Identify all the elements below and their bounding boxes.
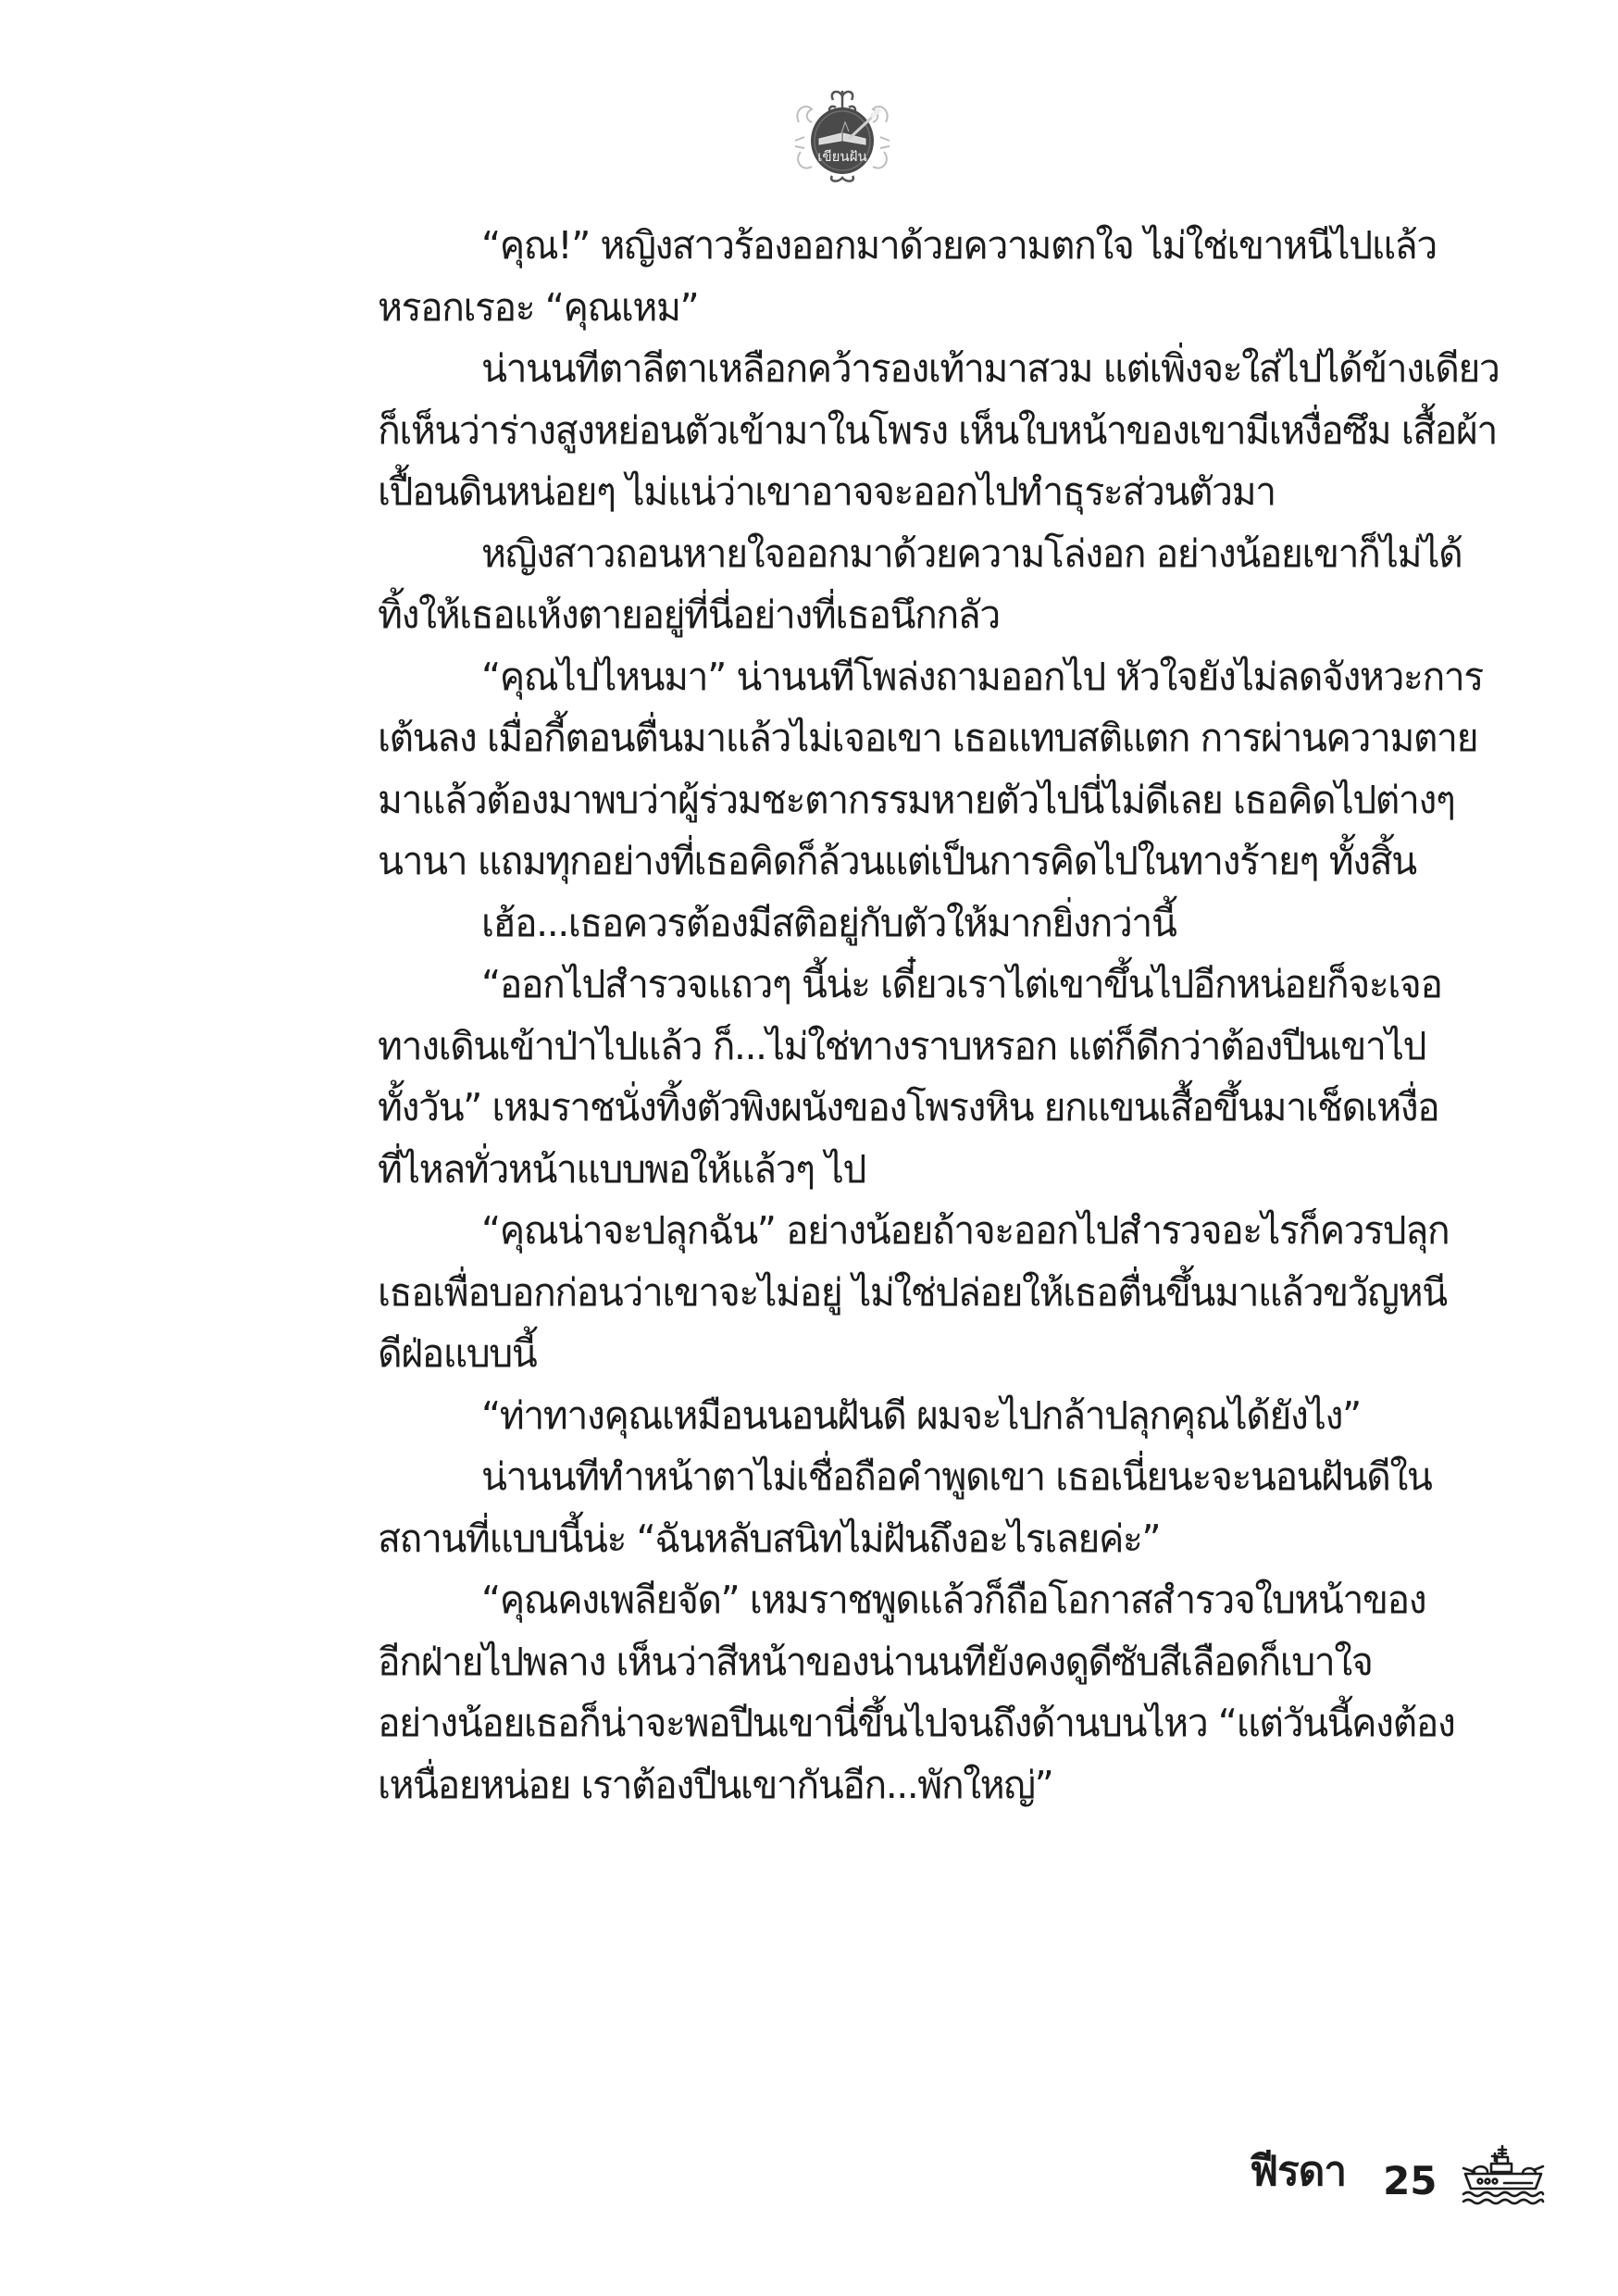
paragraph: เฮ้อ...เธอควรต้องมีสติอยู่กับตัวให้มากยิ… [378,892,1425,955]
paragraph: “คุณคงเพลียจัด” เหมราชพูดแล้วก็ถือโอกาสส… [378,1569,1425,1816]
text-line: “คุณน่าจะปลุกฉัน” อย่างน้อยถ้าจะออกไปสำร… [378,1200,1425,1262]
page-footer: ฟีรดา 25 [1250,2129,1545,2203]
text-line: เหนื่อยหน่อย เราต้องปีนเขากันอีก...พักให… [378,1754,1425,1816]
text-line: “ท่าทางคุณเหมือนนอนฝันดี ผมจะไปกล้าปลุกค… [378,1385,1425,1447]
svg-text:เขียนฝัน: เขียนฝัน [817,148,866,165]
paragraph: “คุณไปไหนมา” น่านนทีโพล่งถามออกไป หัวใจย… [378,646,1425,892]
book-title: ฟีรดา [1250,2139,1346,2203]
text-line: ทั้งวัน” เหมราชนั่งทิ้งตัวพิงผนังของโพรง… [378,1077,1425,1139]
text-line: หญิงสาวถอนหายใจออกมาด้วยความโล่งอก อย่าง… [378,523,1425,585]
text-line: อีกฝ่ายไปพลาง เห็นว่าสีหน้าของน่านนทียัง… [378,1631,1425,1693]
paragraph: น่านนทีทำหน้าตาไม่เชื่อถือคำพูดเขา เธอเน… [378,1446,1425,1569]
book-page: เขียนฝัน “คุณ!” หญิงสาวร้องออกมาด้วยความ… [0,0,1618,2296]
text-line: “คุณ!” หญิงสาวร้องออกมาด้วยความตกใจ ไม่ใ… [378,215,1425,277]
paragraph: น่านนทีตาลีตาเหลือกคว้ารองเท้ามาสวม แต่เ… [378,338,1425,523]
text-line: เปื้อนดินหน่อยๆ ไม่แน่ว่าเขาอาจจะออกไปทำ… [378,461,1425,523]
text-line: ดีฝ่อแบบนี้ [378,1323,1425,1385]
text-line: ทิ้งให้เธอแห้งตายอยู่ที่นี่อย่างที่เธอนึ… [378,584,1425,646]
text-line: “ออกไปสำรวจแถวๆ นี้น่ะ เดี๋ยวเราไต่เขาขึ… [378,954,1425,1016]
text-line: เฮ้อ...เธอควรต้องมีสติอยู่กับตัวให้มากยิ… [378,892,1425,955]
text-line: ทางเดินเข้าป่าไปแล้ว ก็...ไม่ใช่ทางราบหร… [378,1016,1425,1078]
text-line: น่านนทีตาลีตาเหลือกคว้ารองเท้ามาสวม แต่เ… [378,338,1425,400]
ship-icon [1462,2144,1545,2205]
text-line: สถานที่แบบนี้น่ะ “ฉันหลับสนิทไม่ฝันถึงอะ… [378,1508,1425,1570]
paragraph: “ออกไปสำรวจแถวๆ นี้น่ะ เดี๋ยวเราไต่เขาขึ… [378,954,1425,1200]
paragraph: หญิงสาวถอนหายใจออกมาด้วยความโล่งอก อย่าง… [378,523,1425,646]
page-number: 25 [1383,2158,1437,2203]
text-line: น่านนทีทำหน้าตาไม่เชื่อถือคำพูดเขา เธอเน… [378,1446,1425,1508]
text-line: ก็เห็นว่าร่างสูงหย่อนตัวเข้ามาในโพรง เห็… [378,400,1425,462]
text-line: อย่างน้อยเธอก็น่าจะพอปีนเขานี่ขึ้นไปจนถึ… [378,1692,1425,1754]
text-line: นานา แถมทุกอย่างที่เธอคิดก็ล้วนแต่เป็นกา… [378,830,1425,892]
text-line: “คุณคงเพลียจัด” เหมราชพูดแล้วก็ถือโอกาสส… [378,1569,1425,1631]
paragraph: “คุณ!” หญิงสาวร้องออกมาด้วยความตกใจ ไม่ใ… [378,215,1425,338]
story-body: “คุณ!” หญิงสาวร้องออกมาด้วยความตกใจ ไม่ใ… [378,215,1425,1816]
text-line: เต้นลง เมื่อกี้ตอนตื่นมาแล้วไม่เจอเขา เธ… [378,707,1425,769]
paragraph: “ท่าทางคุณเหมือนนอนฝันดี ผมจะไปกล้าปลุกค… [378,1385,1425,1447]
text-line: มาแล้วต้องมาพบว่าผู้ร่วมชะตากรรมหายตัวไป… [378,769,1425,831]
text-line: ที่ไหลทั่วหน้าแบบพอให้แล้วๆ ไป [378,1139,1425,1201]
text-line: “คุณไปไหนมา” น่านนทีโพล่งถามออกไป หัวใจย… [378,646,1425,708]
ornament-book-quill-icon: เขียนฝัน [791,85,893,187]
text-line: เธอเพื่อบอกก่อนว่าเขาจะไม่อยู่ ไม่ใช่ปล่… [378,1262,1425,1324]
text-line: หรอกเรอะ “คุณเหม” [378,277,1425,339]
paragraph: “คุณน่าจะปลุกฉัน” อย่างน้อยถ้าจะออกไปสำร… [378,1200,1425,1385]
